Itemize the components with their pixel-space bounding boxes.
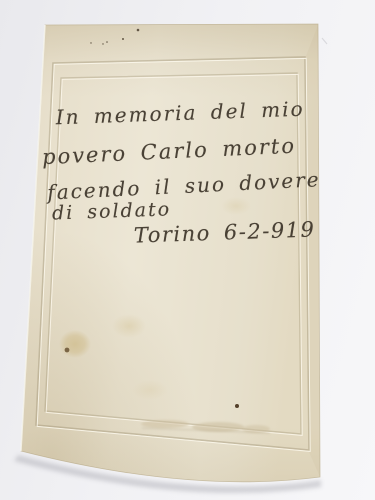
stain-dark-spot <box>65 348 70 353</box>
stain-faint-lower <box>132 380 168 400</box>
handwriting-line-2: povero Carlo morto <box>42 134 297 170</box>
photo-of-handwritten-card: In memoria del mio povero Carlo morto fa… <box>0 0 375 500</box>
handwriting-line-4: di soldato <box>52 198 172 224</box>
dark-spot-bottom <box>235 404 239 408</box>
stain-dark <box>59 330 91 358</box>
handwriting-date-line: Torino 6-2-919 <box>133 217 315 247</box>
stain-light <box>112 314 146 338</box>
background-scratch <box>322 38 327 44</box>
handwriting-line-1: In memoria del mio <box>55 97 305 130</box>
handwritten-inscription: In memoria del mio povero Carlo morto fa… <box>35 91 326 271</box>
handwriting-line-3: facendo il suo dovere <box>47 167 321 204</box>
